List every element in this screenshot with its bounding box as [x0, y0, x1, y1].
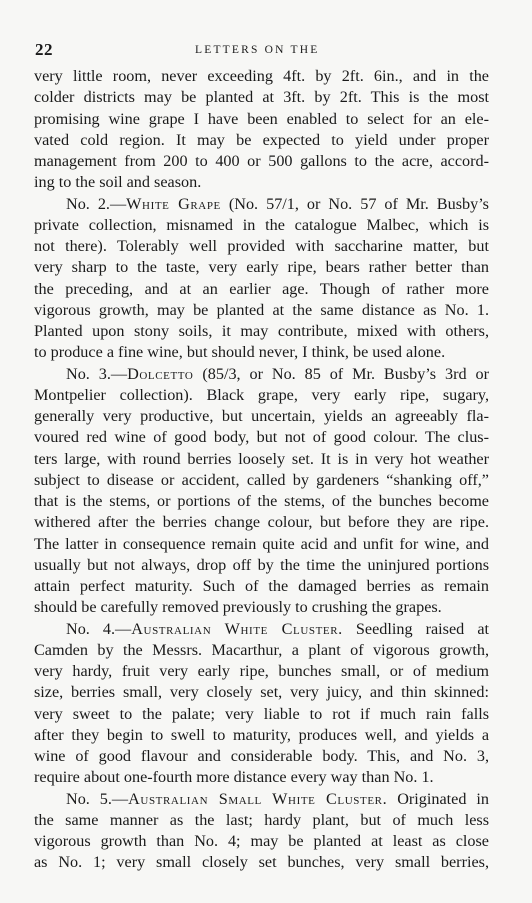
text-line: as No. 1; very small closely set bunches…: [34, 852, 489, 873]
text-line: attain perfect maturity. Such of the dam…: [34, 576, 489, 597]
text-line: The latter in consequence remain quite a…: [34, 534, 489, 555]
entry-number: No. 3.—: [66, 365, 127, 383]
text-line: vated cold region. It may be expected to…: [34, 130, 489, 151]
paragraph-no5-australian-small-white-cluster: No. 5.—Australian Small White Cluster. O…: [34, 789, 489, 874]
text-line: private collection, misnamed in the cata…: [34, 215, 489, 236]
text-line: promising wine grape I have been enabled…: [34, 109, 489, 130]
page-number: 22: [35, 40, 53, 60]
paragraph-no4-australian-white-cluster: No. 4.—Australian White Cluster. Seedlin…: [34, 619, 489, 789]
text-line: that is the stems, or portions of the st…: [34, 491, 489, 512]
entry-heading-line: No. 3.—Dolcetto (85/3, or No. 85 of Mr. …: [34, 364, 489, 385]
text-line: should be carefully removed previously t…: [34, 597, 489, 618]
text-line: Planted upon stony soils, it may contrib…: [34, 321, 489, 342]
text-line: voured red wine of good body, but not of…: [34, 427, 489, 448]
text-line: very sharp to the taste, very early ripe…: [34, 257, 489, 278]
running-head: 22 LETTERS ON THE: [35, 40, 485, 60]
entry-heading-rest: (85/3, or No. 85 of Mr. Busby’s 3rd or: [193, 365, 489, 383]
text-line: management from 200 to 400 or 500 gallon…: [34, 151, 489, 172]
paragraph-continued: very little room, never exceeding 4ft. b…: [34, 66, 489, 194]
text-line: size, berries small, very closely set, v…: [34, 682, 489, 703]
entry-heading-line: No. 5.—Australian Small White Cluster. O…: [34, 789, 489, 810]
text-line: usually but not always, drop off by the …: [34, 555, 489, 576]
text-line: require about one-fourth more distance e…: [34, 767, 489, 788]
text-line: withered after the berries change colour…: [34, 512, 489, 533]
text-line: the preceding, and at an earlier age. Th…: [34, 279, 489, 300]
text-line: very sweet to the palate; very liable to…: [34, 704, 489, 725]
entry-number: No. 4.—: [66, 620, 131, 638]
body-text: very little room, never exceeding 4ft. b…: [34, 66, 489, 874]
entry-variety-name: White Grape: [126, 195, 221, 213]
entry-variety-name: Dolcetto: [127, 365, 193, 383]
text-line: colder districts may be planted at 3ft. …: [34, 87, 489, 108]
text-line: generally very productive, but uncertain…: [34, 406, 489, 427]
entry-heading-rest: (No. 57/1, or No. 57 of Mr. Busby’s: [221, 195, 489, 213]
text-line: subject to disease or accident, called b…: [34, 470, 489, 491]
text-line: not there). Tolerably well provided with…: [34, 236, 489, 257]
text-line: very little room, never exceeding 4ft. b…: [34, 66, 489, 87]
text-line: vigorous growth than No. 4; may be plant…: [34, 831, 489, 852]
entry-heading-line: No. 2.—White Grape (No. 57/1, or No. 57 …: [34, 194, 489, 215]
entry-heading-line: No. 4.—Australian White Cluster. Seedlin…: [34, 619, 489, 640]
text-line: vigorous growth, may be planted at the s…: [34, 300, 489, 321]
text-line: Camden by the Messrs. Macarthur, a plant…: [34, 640, 489, 661]
text-line: ing to the soil and season.: [34, 172, 489, 193]
running-title: LETTERS ON THE: [195, 44, 320, 56]
text-line: to produce a fine wine, but should never…: [34, 342, 489, 363]
entry-number: No. 2.—: [66, 195, 126, 213]
entry-variety-name: Australian Small White Cluster.: [128, 790, 387, 808]
entry-variety-name: Australian White Cluster.: [131, 620, 343, 638]
paragraph-no2-white-grape: No. 2.—White Grape (No. 57/1, or No. 57 …: [34, 194, 489, 364]
entry-heading-rest: Originated in: [387, 790, 489, 808]
text-line: after they begin to swell to maturity, p…: [34, 725, 489, 746]
entry-number: No. 5.—: [66, 790, 128, 808]
entry-heading-rest: Seedling raised at: [343, 620, 489, 638]
text-line: wine of good flavour and considerable bo…: [34, 746, 489, 767]
paragraph-no3-dolcetto: No. 3.—Dolcetto (85/3, or No. 85 of Mr. …: [34, 364, 489, 619]
text-line: ters large, with round berries loosely s…: [34, 449, 489, 470]
book-page: 22 LETTERS ON THE very little room, neve…: [0, 0, 532, 903]
text-line: Montpelier collection). Black grape, ver…: [34, 385, 489, 406]
text-line: very hardy, fruit very early ripe, bunch…: [34, 661, 489, 682]
text-line: the same manner as the last; hardy plant…: [34, 810, 489, 831]
